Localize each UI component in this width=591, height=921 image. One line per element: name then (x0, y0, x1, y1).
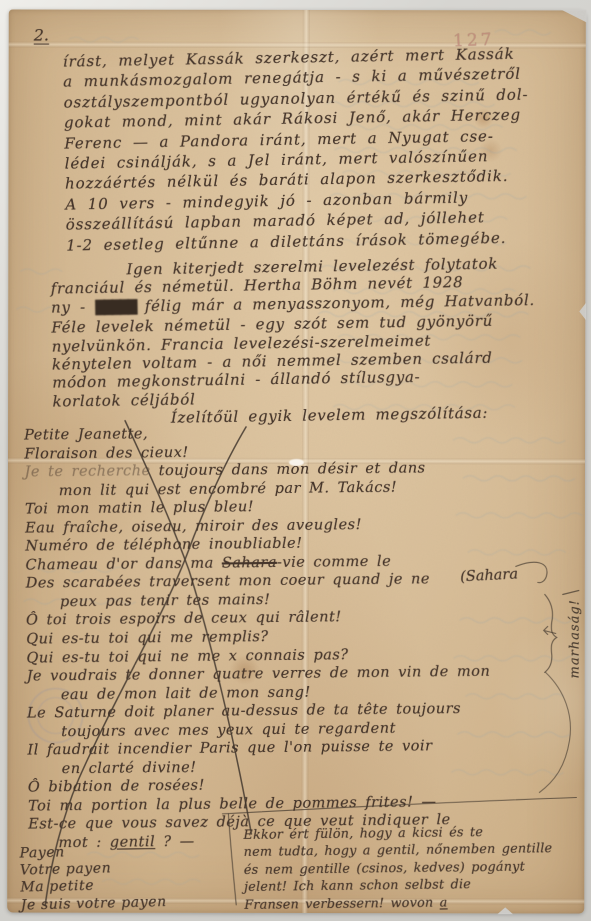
pencil-cross-stroke-a (124, 421, 252, 834)
annotation-box-line-top (222, 797, 576, 815)
sahara-swash (516, 562, 547, 582)
margin-curve (539, 672, 570, 792)
scan-background: 2. 127 írást, melyet Kassák szerkeszt, a… (0, 0, 591, 921)
letter-page: 2. 127 írást, melyet Kassák szerkeszt, a… (7, 9, 586, 913)
margin-arrow (544, 626, 556, 634)
annotation-box-line-left (228, 814, 236, 905)
edge-dash (563, 590, 579, 594)
pencil-marks (7, 9, 586, 913)
